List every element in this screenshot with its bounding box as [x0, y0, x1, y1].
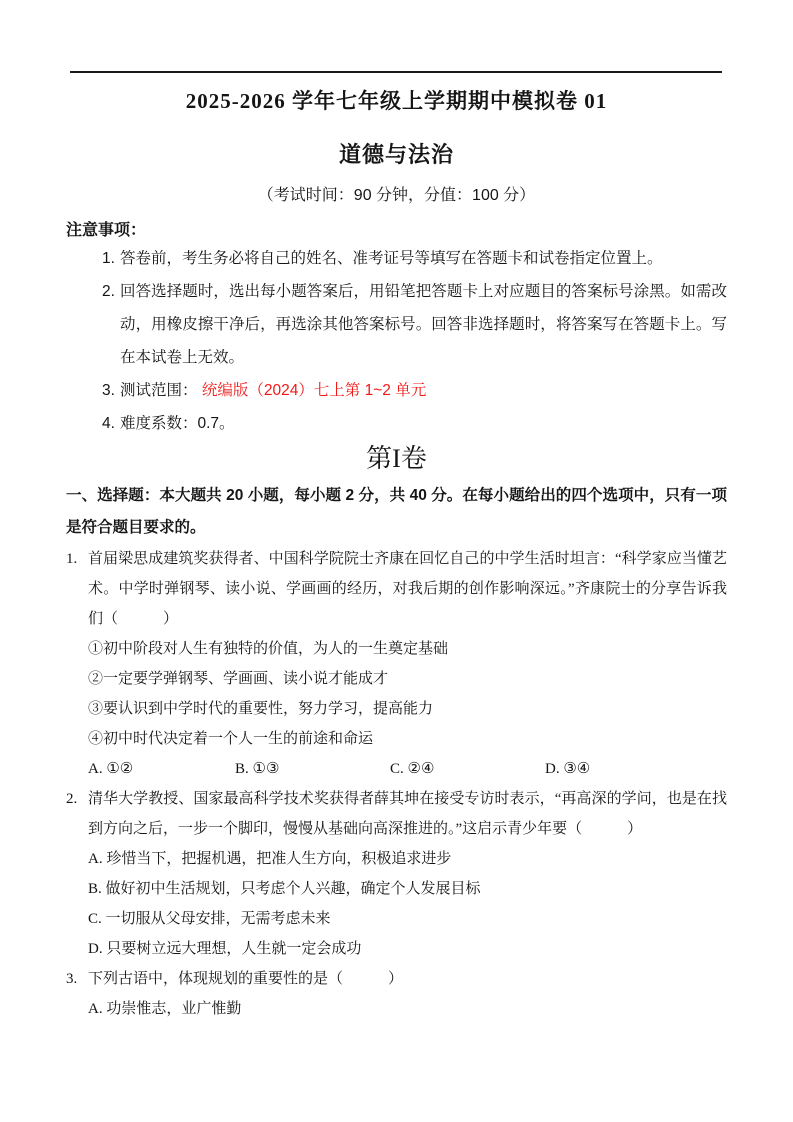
option-c: C. 一切服从父母安排，无需考虑未来	[88, 904, 727, 934]
notice-scope-highlight: 统编版（2024）七上第 1~2 单元	[202, 382, 426, 399]
option-d: D. ③④	[545, 754, 727, 784]
question-stem: 首届梁思成建筑奖获得者、中国科学院院士齐康在回忆自己的中学生活时坦言：“科学家应…	[88, 544, 727, 634]
option-a: A. 功崇惟志，业广惟勤	[88, 994, 727, 1024]
question-stem: 下列古语中，体现规划的重要性的是（ ）	[88, 964, 727, 994]
part-title: 第I卷	[66, 442, 727, 476]
section-heading: 一、选择题：本大题共 20 小题，每小题 2 分，共 40 分。在每小题给出的四…	[66, 480, 727, 544]
question-1: 1. 首届梁思成建筑奖获得者、中国科学院院士齐康在回忆自己的中学生活时坦言：“科…	[66, 544, 727, 784]
option-d: D. 只要树立远大理想，人生就一定会成功	[88, 934, 727, 964]
notice-item-text: 回答选择题时，选出每小题答案后，用铅笔把答题卡上对应题目的答案标号涂黑。如需改动…	[120, 283, 727, 366]
question-subitem-2: ②一定要学弹钢琴、学画画、读小说才能成才	[88, 664, 727, 694]
notice-list: 1. 答卷前，考生务必将自己的姓名、准考证号等填写在答题卡和试卷指定位置上。 2…	[66, 242, 727, 440]
document-content: 2025-2026 学年七年级上学期期中模拟卷 01 道德与法治 （考试时间：9…	[0, 0, 793, 1122]
notice-item-4: 4. 难度系数：0.7。	[66, 407, 727, 440]
question-number: 3.	[66, 964, 77, 994]
exam-subject: 道德与法治	[66, 142, 727, 168]
option-a: A. 珍惜当下，把握机遇，把准人生方向，积极追求进步	[88, 844, 727, 874]
option-c: C. ②④	[390, 754, 545, 784]
questions-list: 1. 首届梁思成建筑奖获得者、中国科学院院士齐康在回忆自己的中学生活时坦言：“科…	[66, 544, 727, 1024]
option-a: A. ①②	[88, 754, 235, 784]
question-number: 2.	[66, 784, 77, 814]
question-2: 2. 清华大学教授、国家最高科学技术奖获得者薛其坤在接受专访时表示，“再高深的学…	[66, 784, 727, 964]
notice-item-number: 2.	[102, 275, 156, 308]
exam-document-page: 2025-2026 学年七年级上学期期中模拟卷 01 道德与法治 （考试时间：9…	[0, 0, 793, 1122]
notice-heading: 注意事项：	[66, 220, 727, 242]
question-stem: 清华大学教授、国家最高科学技术奖获得者薛其坤在接受专访时表示，“再高深的学问，也…	[88, 784, 727, 844]
question-number: 1.	[66, 544, 77, 574]
question-subitem-3: ③要认识到中学时代的重要性，努力学习，提高能力	[88, 694, 727, 724]
question-subitem-1: ①初中阶段对人生有独特的价值，为人的一生奠定基础	[88, 634, 727, 664]
notice-item-number: 3.	[102, 374, 156, 407]
notice-item-number: 4.	[102, 407, 156, 440]
notice-item-number: 1.	[102, 242, 156, 275]
exam-title: 2025-2026 学年七年级上学期期中模拟卷 01	[66, 88, 727, 114]
notice-item-text: 答卷前，考生务必将自己的姓名、准考证号等填写在答题卡和试卷指定位置上。	[120, 250, 663, 267]
notice-item-3: 3. 测试范围： 统编版（2024）七上第 1~2 单元	[66, 374, 727, 407]
question-1-options-row: A. ①② B. ①③ C. ②④ D. ③④	[88, 754, 727, 784]
option-b: B. 做好初中生活规划，只考虑个人兴趣，确定个人发展目标	[88, 874, 727, 904]
question-3: 3. 下列古语中，体现规划的重要性的是（ ） A. 功崇惟志，业广惟勤	[66, 964, 727, 1024]
option-b: B. ①③	[235, 754, 390, 784]
notice-item-1: 1. 答卷前，考生务必将自己的姓名、准考证号等填写在答题卡和试卷指定位置上。	[66, 242, 727, 275]
question-subitem-4: ④初中时代决定着一个人一生的前途和命运	[88, 724, 727, 754]
exam-info: （考试时间：90 分钟，分值：100 分）	[66, 186, 727, 206]
notice-item-2: 2. 回答选择题时，选出每小题答案后，用铅笔把答题卡上对应题目的答案标号涂黑。如…	[66, 275, 727, 374]
